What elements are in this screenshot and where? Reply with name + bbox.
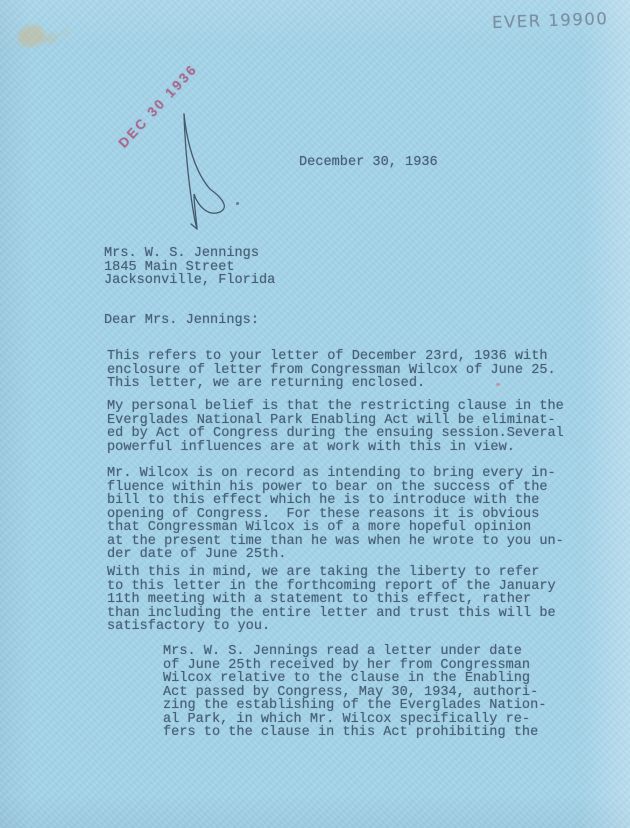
body-paragraph: Mr. Wilcox is on record as intending to …: [107, 467, 564, 562]
paper-smudge: [60, 29, 70, 36]
letter-page: EVER 19900 DEC 30 1936 December 30, 1936…: [0, 0, 630, 828]
date-line: December 30, 1936: [299, 156, 438, 170]
paper-smudge: [40, 33, 58, 44]
salutation: Dear Mrs. Jennings:: [104, 314, 259, 328]
ink-dot: [236, 202, 239, 205]
body-paragraph: This refers to your letter of December 2…: [107, 350, 556, 391]
recipient-address: Mrs. W. S. Jennings 1845 Main Street Jac…: [104, 247, 275, 288]
pen-checkmark: [168, 103, 240, 241]
body-paragraph: With this in mind, we are taking the lib…: [107, 566, 556, 634]
body-paragraph: My personal belief is that the restricti…: [107, 400, 564, 454]
quoted-paragraph: Mrs. W. S. Jennings read a letter under …: [163, 645, 546, 740]
archive-code-handwriting: EVER 19900: [492, 9, 613, 32]
